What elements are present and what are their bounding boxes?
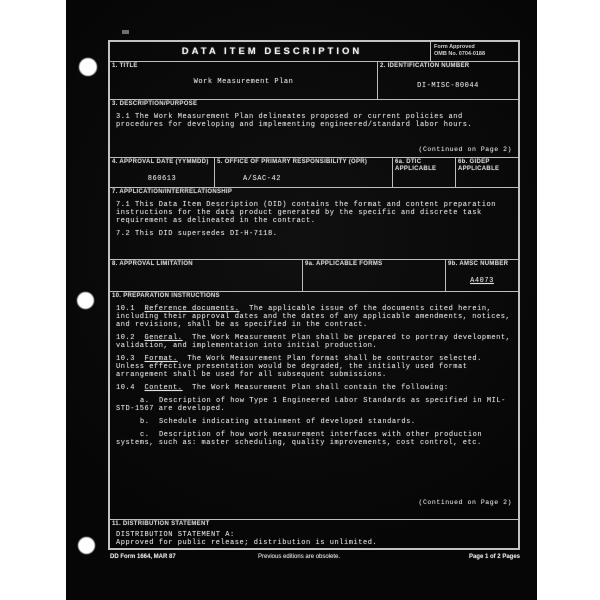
title-field-cell: 1. TITLE Work Measurement Plan (110, 62, 377, 99)
preparation-section: 10. PREPARATION INSTRUCTIONS 10.1 Refere… (110, 292, 518, 520)
subitem-letter: a. (140, 397, 150, 405)
amsc-cell: 9b. AMSC NUMBER A4073 (445, 260, 518, 291)
prep-lead: Reference documents. (145, 305, 240, 313)
application-paragraph-2: 7.2 This DID supersedes DI-H-7118. (116, 230, 512, 238)
prep-subitem-c: c. Description of how work measurement i… (116, 431, 512, 447)
opr-cell: 5. OFFICE OF PRIMARY RESPONSIBILITY (OPR… (214, 158, 392, 187)
omb-approval-box: Form Approved OMB No. 0704-0188 (430, 42, 518, 61)
title-field-value: Work Measurement Plan (110, 78, 377, 86)
distribution-line1: DISTRIBUTION STATEMENT A: (116, 531, 512, 539)
description-paragraph: 3.1 The Work Measurement Plan delineates… (116, 113, 512, 129)
applicable-forms-cell: 9a. APPLICABLE FORMS (302, 260, 445, 291)
preparation-continued-note: (Continued on Page 2) (419, 499, 512, 507)
opr-label: 5. OFFICE OF PRIMARY RESPONSIBILITY (OPR… (215, 158, 392, 166)
form-title: DATA ITEM DESCRIPTION (110, 46, 434, 57)
gidep-cell: 6b. GIDEP APPLICABLE (455, 158, 518, 187)
footer-form-number: DD Form 1664, MAR 87 (110, 554, 176, 560)
approval-limitation-label: 8. APPROVAL LIMITATION (110, 260, 302, 268)
prep-paragraph-10-3: 10.3 Format. The Work Measurement Plan f… (116, 355, 512, 379)
prep-num: 10.2 (116, 334, 135, 342)
preparation-label: 10. PREPARATION INSTRUCTIONS (110, 292, 518, 300)
prep-paragraph-10-2: 10.2 General. The Work Measurement Plan … (116, 334, 512, 350)
approval-date-cell: 4. APPROVAL DATE (YYMMDD) 860613 (110, 158, 214, 187)
dd-form-1664: DATA ITEM DESCRIPTION Form Approved OMB … (108, 40, 520, 550)
id-field-value: DI-MISC-80044 (378, 82, 518, 90)
applicable-forms-label: 9a. APPLICABLE FORMS (303, 260, 445, 268)
application-section: 7. APPLICATION/INTERRELATIONSHIP 7.1 Thi… (110, 188, 518, 260)
footer-editions-note: Previous editions are obsolete. (258, 554, 340, 560)
subitem-letter: c. (140, 431, 150, 439)
prep-num: 10.1 (116, 305, 135, 313)
prep-subitem-b: b. Schedule indicating attainment of dev… (116, 418, 512, 426)
header-row: DATA ITEM DESCRIPTION Form Approved OMB … (110, 42, 518, 62)
prep-lead: General. (145, 334, 183, 342)
dtic-label: 6a. DTIC APPLICABLE (393, 158, 455, 172)
subitem-text: Schedule indicating attainment of develo… (159, 418, 416, 426)
prep-num: 10.3 (116, 355, 135, 363)
omb-line2: OMB No. 0704-0188 (434, 51, 515, 58)
id-field-label: 2. IDENTIFICATION NUMBER (378, 62, 518, 70)
application-paragraph-1: 7.1 This Data Item Description (DID) con… (116, 201, 512, 225)
subitem-text: Description of how work measurement inte… (116, 431, 482, 447)
hole-punch-middle (77, 292, 94, 309)
prep-text: The Work Measurement Plan shall contain … (192, 384, 449, 392)
prep-lead: Content. (145, 384, 183, 392)
prep-subitem-a: a. Description of how Type 1 Engineered … (116, 397, 512, 413)
distribution-section: 11. DISTRIBUTION STATEMENT DISTRIBUTION … (110, 520, 518, 547)
dtic-cell: 6a. DTIC APPLICABLE (392, 158, 455, 187)
prep-paragraph-10-4: 10.4 Content. The Work Measurement Plan … (116, 384, 512, 392)
id-field-cell: 2. IDENTIFICATION NUMBER DI-MISC-80044 (377, 62, 518, 99)
subitem-letter: b. (140, 418, 150, 426)
amsc-value: A4073 (446, 277, 518, 285)
scanned-page: DATA ITEM DESCRIPTION Form Approved OMB … (66, 0, 537, 600)
prep-paragraph-10-1: 10.1 Reference documents. The applicable… (116, 305, 512, 329)
distribution-label: 11. DISTRIBUTION STATEMENT (110, 520, 518, 528)
title-id-row: 1. TITLE Work Measurement Plan 2. IDENTI… (110, 62, 518, 100)
title-field-label: 1. TITLE (110, 62, 377, 70)
hole-punch-top (79, 58, 97, 76)
amsc-label: 9b. AMSC NUMBER (446, 260, 518, 268)
description-continued-note: (Continued on Page 2) (419, 146, 512, 154)
distribution-line2: Approved for public release; distributio… (116, 539, 512, 547)
scanned-document-canvas: { "colors": { "canvas": "#ffffff", "page… (0, 0, 600, 600)
application-label: 7. APPLICATION/INTERRELATIONSHIP (110, 188, 518, 196)
scan-artifact (122, 30, 129, 34)
limitation-forms-amsc-row: 8. APPROVAL LIMITATION 9a. APPLICABLE FO… (110, 260, 518, 292)
approval-opr-row: 4. APPROVAL DATE (YYMMDD) 860613 5. OFFI… (110, 158, 518, 188)
description-label: 3. DESCRIPTION/PURPOSE (110, 100, 518, 108)
prep-lead: Format. (145, 355, 178, 363)
approval-limitation-cell: 8. APPROVAL LIMITATION (110, 260, 302, 291)
footer-page-count: Page 1 of 2 Pages (462, 554, 520, 561)
description-section: 3. DESCRIPTION/PURPOSE 3.1 The Work Meas… (110, 100, 518, 158)
prep-num: 10.4 (116, 384, 135, 392)
opr-value: A/SAC-42 (243, 175, 281, 183)
approval-date-label: 4. APPROVAL DATE (YYMMDD) (110, 158, 214, 166)
approval-date-value: 860613 (110, 175, 214, 183)
subitem-text: Description of how Type 1 Engineered Lab… (116, 397, 506, 413)
gidep-label: 6b. GIDEP APPLICABLE (456, 158, 518, 172)
hole-punch-bottom (78, 537, 95, 554)
